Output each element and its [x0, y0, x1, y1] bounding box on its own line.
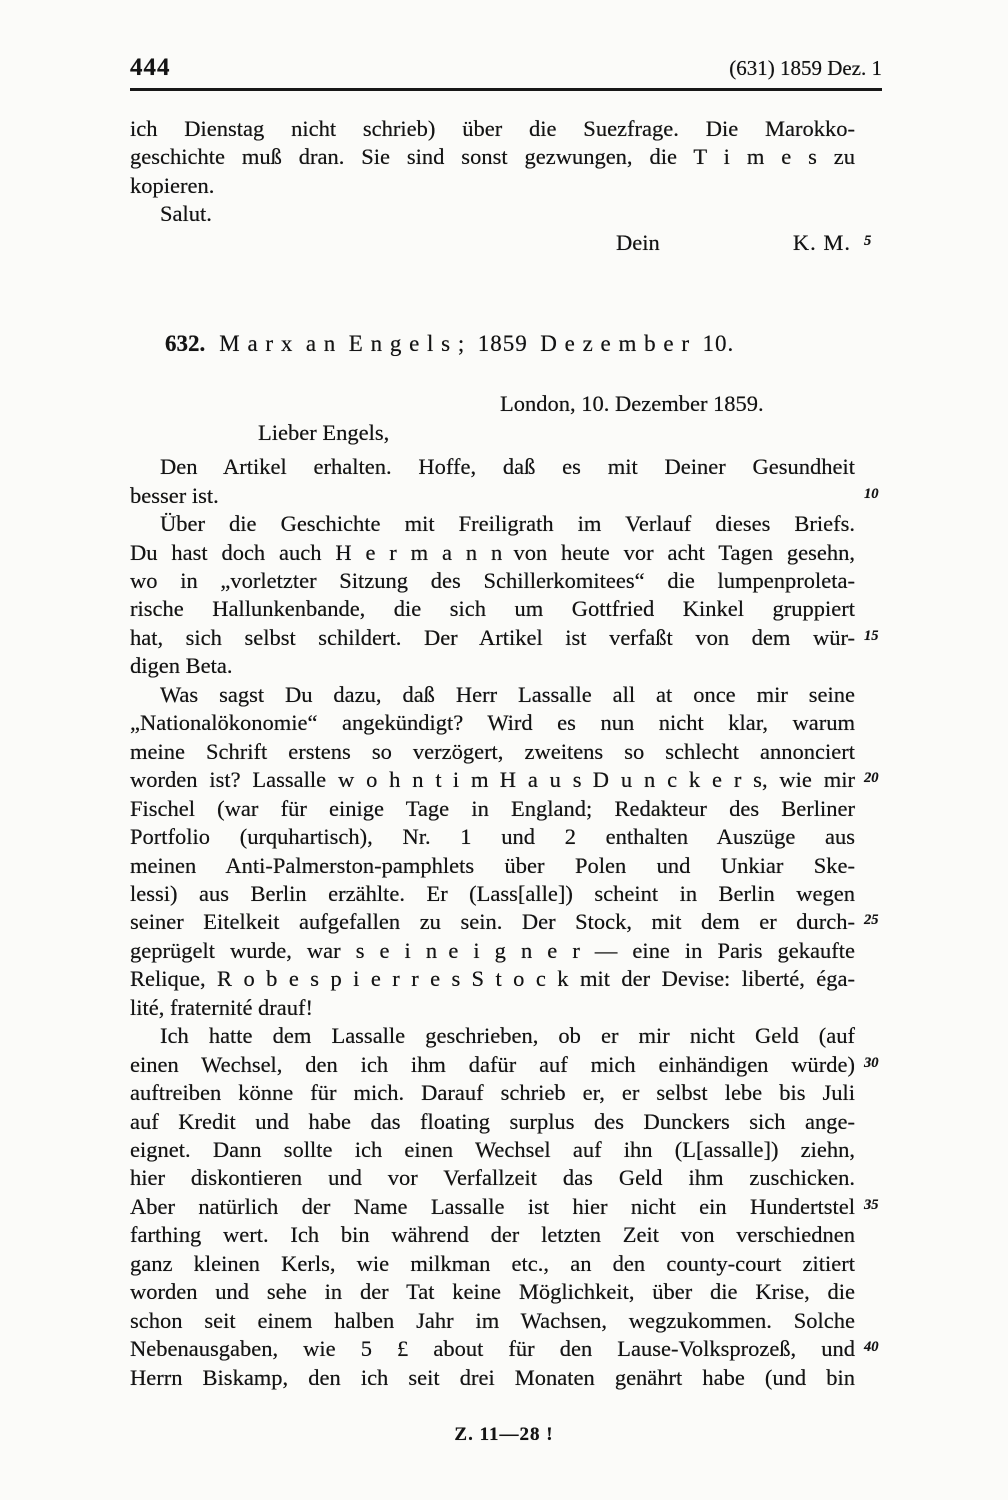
text-line-content: worden und sehe in der Tat keine Möglich…: [130, 1279, 855, 1304]
text-line-content: eignet. Dann sollte ich einen Wechsel au…: [130, 1137, 855, 1162]
text-line: Herrn Biskamp, den ich seit drei Monaten…: [130, 1364, 855, 1392]
text-line: meinen Anti-Palmerston-pamphlets über Po…: [130, 852, 855, 880]
text-line-content: Nebenausgaben, wie 5 £ about für den Lau…: [130, 1336, 855, 1361]
text-line: „Nationalökonomie“ angekündigt? Wird es …: [130, 709, 855, 737]
text-line-content: worden ist? Lassalle w o h n t i m H a u…: [130, 767, 855, 792]
text-line: Relique, R o b e s p i e r r e s S t o c…: [130, 965, 855, 993]
text-line: auftreiben könne für mich. Darauf schrie…: [130, 1079, 855, 1107]
text-line-content: rische Hallunkenbande, die sich um Gottf…: [130, 596, 855, 621]
text-line: digen Beta.: [130, 652, 855, 680]
text-line: geschichte muß dran. Sie sind sonst gezw…: [130, 143, 855, 171]
text-line-content: hat, sich selbst schildert. Der Artikel …: [130, 625, 855, 650]
text-line: Aber natürlich der Name Lassalle ist hie…: [130, 1193, 855, 1221]
text-line: einen Wechsel, den ich ihm dafür auf mic…: [130, 1051, 855, 1079]
text-column: ich Dienstag nicht schrieb) über die Sue…: [130, 115, 855, 1392]
previous-letter-end: ich Dienstag nicht schrieb) über die Sue…: [130, 115, 855, 229]
line-number: 5: [864, 234, 871, 249]
text-line: Über die Geschichte mit Freiligrath im V…: [130, 510, 855, 538]
text-line: worden und sehe in der Tat keine Möglich…: [130, 1278, 855, 1306]
text-line: Du hast doch auch H e r m a n n von heut…: [130, 539, 855, 567]
dateline: London, 10. Dezember 1859.: [130, 390, 855, 418]
text-line-content: Salut.: [160, 201, 212, 226]
text-line-content: besser ist.: [130, 483, 219, 508]
page-footer: Z. 11—28 !: [0, 1424, 1008, 1446]
text-line: lessi) aus Berlin erzählte. Er (Lass[all…: [130, 880, 855, 908]
text-line-content: auftreiben könne für mich. Darauf schrie…: [130, 1080, 855, 1105]
text-line: wo in „vorletzter Sitzung des Schillerko…: [130, 567, 855, 595]
letter-body: Den Artikel erhalten. Hoffe, daß es mit …: [130, 453, 855, 1392]
text-line-content: lessi) aus Berlin erzählte. Er (Lass[all…: [130, 881, 855, 906]
text-line: hat, sich selbst schildert. Der Artikel …: [130, 624, 855, 652]
text-line-content: ganz kleinen Kerls, wie milkman etc., an…: [130, 1251, 855, 1276]
text-line-content: Herrn Biskamp, den ich seit drei Monaten…: [130, 1365, 855, 1390]
line-number: 10: [864, 487, 879, 502]
text-line: ich Dienstag nicht schrieb) über die Sue…: [130, 115, 855, 143]
text-line-content: digen Beta.: [130, 653, 232, 678]
text-line: Portfolio (urquhartisch), Nr. 1 und 2 en…: [130, 823, 855, 851]
text-line: kopieren.: [130, 172, 855, 200]
text-line-content: Portfolio (urquhartisch), Nr. 1 und 2 en…: [130, 824, 855, 849]
text-line-content: Fischel (war für einige Tage in England;…: [130, 796, 855, 821]
text-line: Salut.: [130, 200, 855, 228]
text-line: schon seit einem halben Jahr im Wachsen,…: [130, 1307, 855, 1335]
text-line-content: Über die Geschichte mit Freiligrath im V…: [160, 511, 855, 536]
text-line-content: Den Artikel erhalten. Hoffe, daß es mit …: [160, 454, 855, 479]
text-line-content: meine Schrift erstens so verzögert, zwei…: [130, 739, 855, 764]
running-head: 444 (631) 1859 Dez. 1: [130, 54, 882, 82]
letter-title: M a r x a n E n g e l s ; 1859 D e z e m…: [219, 331, 734, 356]
valediction: Dein: [616, 229, 660, 257]
text-line-content: einen Wechsel, den ich ihm dafür auf mic…: [130, 1052, 855, 1077]
text-line: Fischel (war für einige Tage in England;…: [130, 795, 855, 823]
text-line-content: geschichte muß dran. Sie sind sonst gezw…: [130, 144, 855, 169]
text-line-content: seiner Eitelkeit aufgefallen zu sein. De…: [130, 909, 855, 934]
running-title: (631) 1859 Dez. 1: [729, 56, 882, 81]
text-line: Was sagst Du dazu, daß Herr Lassalle all…: [130, 681, 855, 709]
text-line: eignet. Dann sollte ich einen Wechsel au…: [130, 1136, 855, 1164]
text-line: farthing wert. Ich bin während der letzt…: [130, 1221, 855, 1249]
text-line-content: wo in „vorletzter Sitzung des Schillerko…: [130, 568, 855, 593]
letter-number: 632.: [165, 331, 205, 356]
text-line: worden ist? Lassalle w o h n t i m H a u…: [130, 766, 855, 794]
text-line-content: farthing wert. Ich bin während der letzt…: [130, 1222, 855, 1247]
text-line: meine Schrift erstens so verzögert, zwei…: [130, 738, 855, 766]
text-line-content: Was sagst Du dazu, daß Herr Lassalle all…: [160, 682, 855, 707]
text-line: seiner Eitelkeit aufgefallen zu sein. De…: [130, 908, 855, 936]
text-line-content: Relique, R o b e s p i e r r e s S t o c…: [130, 966, 855, 991]
text-line-content: meinen Anti-Palmerston-pamphlets über Po…: [130, 853, 855, 878]
text-line-content: ich Dienstag nicht schrieb) über die Sue…: [130, 116, 855, 141]
text-line-content: hier diskontieren und vor Verfallzeit da…: [130, 1165, 855, 1190]
text-line: Ich hatte dem Lassalle geschrieben, ob e…: [130, 1022, 855, 1050]
line-number: 35: [864, 1198, 879, 1213]
text-line-content: Aber natürlich der Name Lassalle ist hie…: [130, 1194, 855, 1219]
text-line: ganz kleinen Kerls, wie milkman etc., an…: [130, 1250, 855, 1278]
letter-heading: 632.M a r x a n E n g e l s ; 1859 D e z…: [130, 328, 855, 360]
text-line-content: geprügelt wurde, war s e i n e i g n e r…: [130, 938, 855, 963]
page-number: 444: [130, 54, 171, 82]
book-page: 444 (631) 1859 Dez. 1 ich Dienstag nicht…: [0, 0, 1008, 1500]
text-line: auf Kredit und habe das floating surplus…: [130, 1108, 855, 1136]
text-line: Den Artikel erhalten. Hoffe, daß es mit …: [130, 453, 855, 481]
salutation: Lieber Engels,: [130, 419, 855, 447]
text-line-content: lité, fraternité drauf!: [130, 995, 313, 1020]
text-line-content: Ich hatte dem Lassalle geschrieben, ob e…: [160, 1023, 855, 1048]
line-number: 25: [864, 913, 879, 928]
header-rule: [130, 88, 882, 91]
line-number: 30: [864, 1056, 879, 1071]
text-line: lité, fraternité drauf!: [130, 994, 855, 1022]
text-line: besser ist.10: [130, 482, 855, 510]
text-line: geprügelt wurde, war s e i n e i g n e r…: [130, 937, 855, 965]
line-number: 20: [864, 771, 879, 786]
text-line-content: Du hast doch auch H e r m a n n von heut…: [130, 540, 855, 565]
text-line-content: auf Kredit und habe das floating surplus…: [130, 1109, 855, 1134]
signature: K. M.: [793, 229, 851, 257]
line-number: 40: [864, 1340, 879, 1355]
text-line: hier diskontieren und vor Verfallzeit da…: [130, 1164, 855, 1192]
text-line-content: kopieren.: [130, 173, 214, 198]
text-line-content: „Nationalökonomie“ angekündigt? Wird es …: [130, 710, 855, 735]
text-line: rische Hallunkenbande, die sich um Gottf…: [130, 595, 855, 623]
line-number: 15: [864, 629, 879, 644]
signature-mark: Z. 11—28 !: [454, 1424, 553, 1445]
text-line-content: schon seit einem halben Jahr im Wachsen,…: [130, 1308, 855, 1333]
text-line: Nebenausgaben, wie 5 £ about für den Lau…: [130, 1335, 855, 1363]
letter-closing: Dein K. M. 5: [130, 229, 855, 257]
